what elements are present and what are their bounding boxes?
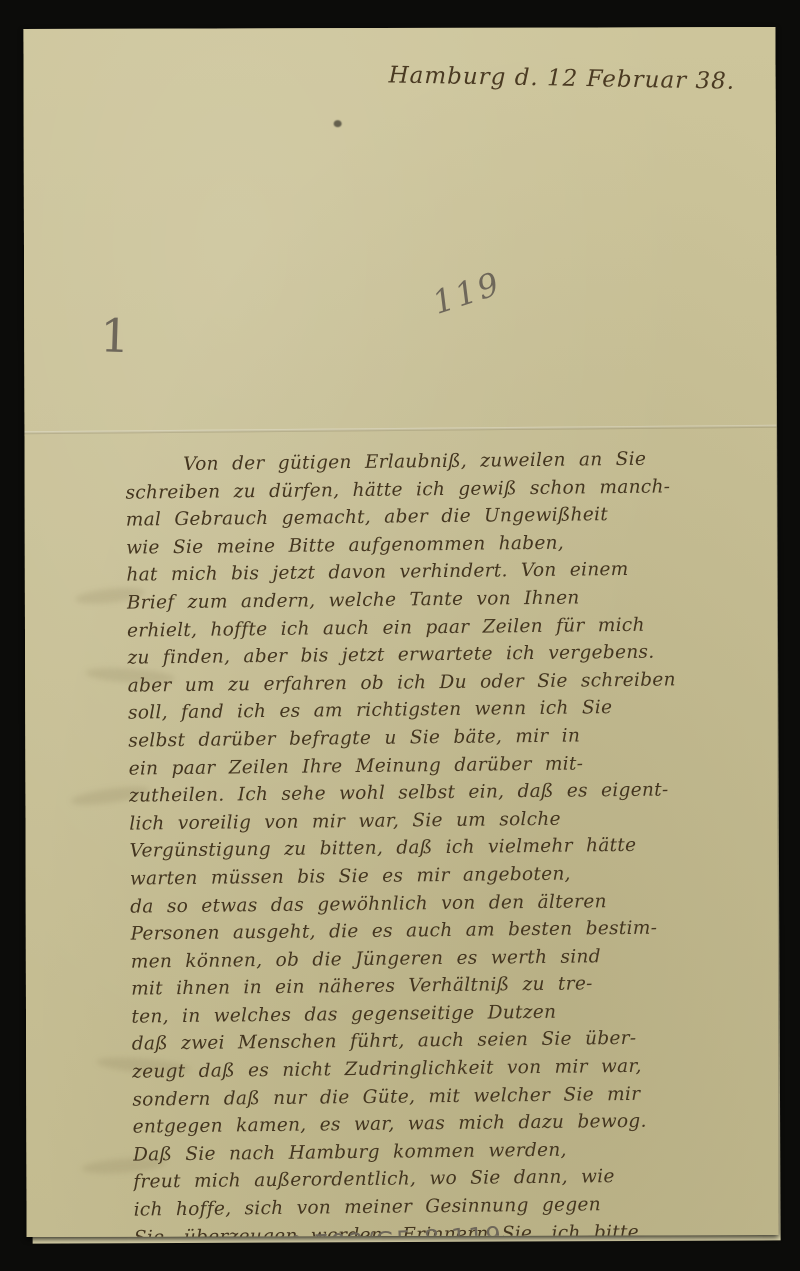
ink-spot xyxy=(334,120,342,127)
page-number-pencil: 1 xyxy=(99,308,130,363)
folio-number-pencil: 119 xyxy=(428,264,506,322)
letter-body: Von der gütigen Erlaubniß, zuweilen an S… xyxy=(125,444,779,1237)
photo-background: Hamburg d. 12 Februar 38. 1 119 Von der … xyxy=(0,0,800,1271)
dateline: Hamburg d. 12 Februar 38. xyxy=(389,62,736,94)
fold-crease xyxy=(24,425,776,435)
letter-sheet: Hamburg d. 12 Februar 38. 1 119 Von der … xyxy=(23,27,778,1237)
